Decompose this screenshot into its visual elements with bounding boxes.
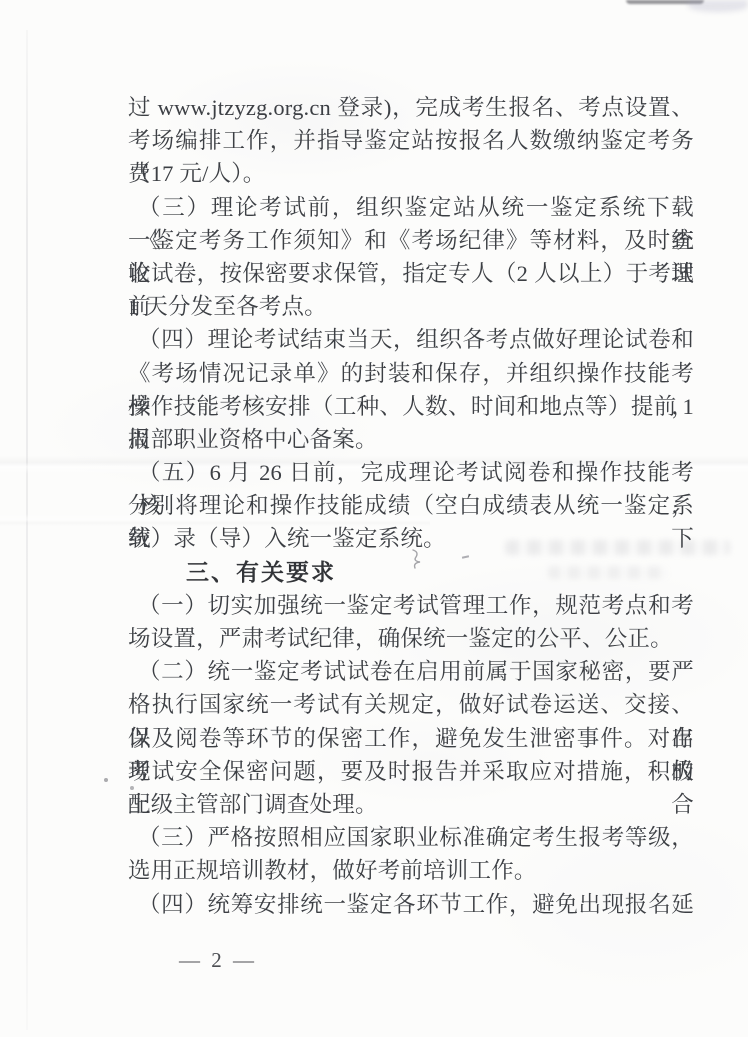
text-line: （五）6 月 26 日前，完成理论考试阅卷和操作技能考核， (128, 456, 694, 489)
text-line: 考试安全保密问题，要及时报告并采取应对措施，积极配合 (128, 755, 694, 788)
text-line: （四）理论考试结束当天，组织各考点做好理论试卷和 (128, 323, 694, 356)
paper-fold-edge (26, 30, 28, 1030)
text-line: （二）统一鉴定考试试卷在启用前属于国家秘密，要严 (128, 655, 694, 688)
text-line: （三）理论考试前，组织鉴定站从统一鉴定系统下载《统 (128, 191, 694, 224)
section-heading: 三、有关要求 (128, 556, 694, 589)
page-number: — 2 — (179, 948, 257, 973)
text-line: 论试卷，按保密要求保管，指定专人（2 人以上）于考试前 (128, 257, 694, 290)
text-line: （三）严格按照相应国家职业标准确定考生报考等级， (128, 821, 694, 854)
text-line: 以及阅卷等环节的保密工作，避免发生泄密事件。对出现的 (128, 722, 694, 755)
text-line: 选用正规培训教材，做好考前培训工作。 (128, 854, 694, 887)
text-line: 场设置，严肃考试纪律，确保统一鉴定的公平、公正。 (128, 622, 694, 655)
text-line: 格执行国家统一考试有关规定，做好试卷运送、交接、保存 (128, 688, 694, 721)
text-line: 考场编排工作，并指导鉴定站按报名人数缴纳鉴定考务费 (128, 124, 694, 157)
ink-dot-1 (104, 778, 108, 782)
text-line: 1 天分发至各考点。 (128, 290, 694, 323)
text-line: 分别将理论和操作技能成绩（空白成绩表从统一鉴定系统下 (128, 489, 694, 522)
document-text-block: 过 www.jtzyzg.org.cn 登录)，完成考生报名、考点设置、考场编排… (128, 91, 694, 921)
text-line: （17 元/人）。 (128, 157, 694, 190)
text-line: 操作技能考核安排（工种、人数、时间和地点等）提前 1 周 (128, 390, 694, 423)
text-line: （四）统筹安排统一鉴定各环节工作，避免出现报名延 (128, 888, 694, 921)
text-line: 《考场情况记录单》的封装和保存，并组织操作技能考核， (128, 357, 694, 390)
scan-smudge-top-right (688, 0, 748, 12)
text-line: 一鉴定考务工作须知》和《考场纪律》等材料，及时查收理 (128, 224, 694, 257)
text-line: （一）切实加强统一鉴定考试管理工作，规范考点和考 (128, 589, 694, 622)
text-line: 过 www.jtzyzg.org.cn 登录)，完成考生报名、考点设置、 (128, 91, 694, 124)
text-line: 报部职业资格中心备案。 (128, 423, 694, 456)
scanned-document-page: 过 www.jtzyzg.org.cn 登录)，完成考生报名、考点设置、考场编排… (0, 0, 748, 1037)
